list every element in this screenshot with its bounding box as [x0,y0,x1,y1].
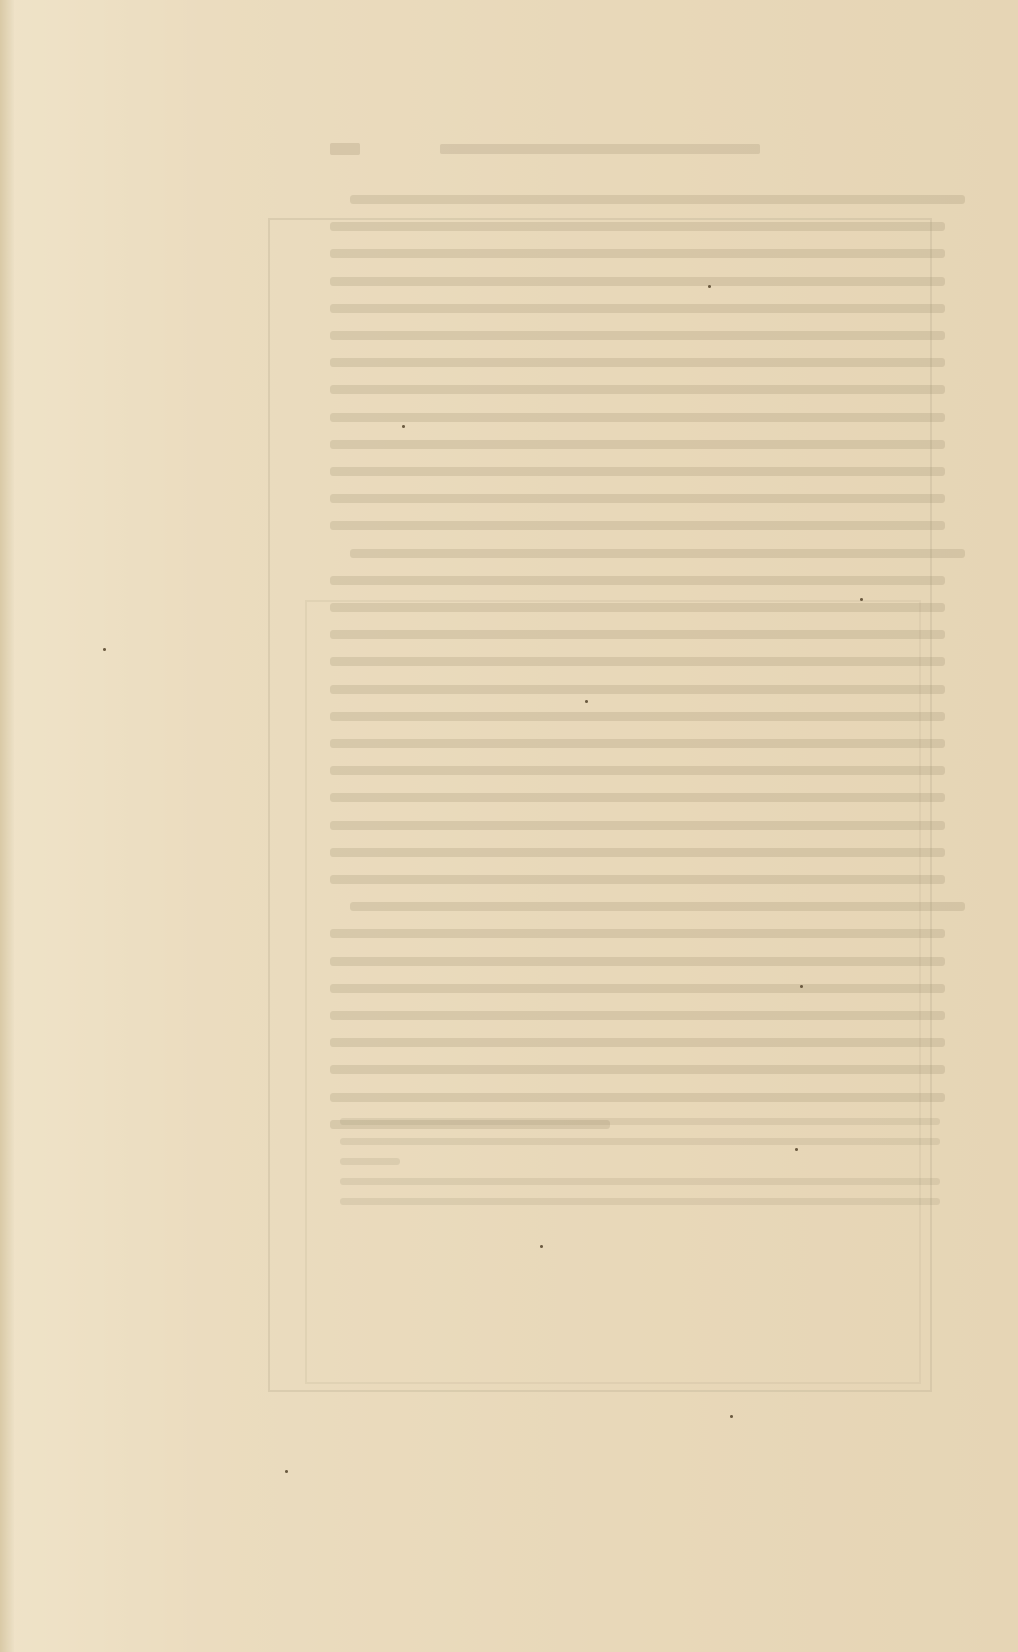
bleed-through-line [330,1093,945,1102]
page-header [330,140,850,158]
bleed-through-line [330,793,945,802]
scan-speck [402,425,405,428]
bleed-through-line [330,494,945,503]
bleed-through-line [330,249,945,258]
bleed-through-line [330,440,945,449]
bleed-through-line [330,1038,945,1047]
bleed-through-line [330,521,945,530]
running-head [440,144,760,154]
bleed-through-line [330,957,945,966]
book-spine-edge [0,0,14,1652]
scan-speck [708,285,711,288]
bleed-through-line [330,358,945,367]
bleed-through-line [330,385,945,394]
bleed-through-line [330,1011,945,1020]
scan-speck [103,648,106,651]
footnote-line [340,1198,940,1205]
bleed-through-line [330,657,945,666]
bleed-through-line [330,821,945,830]
scan-speck [730,1415,733,1418]
bleed-through-line [330,222,945,231]
bleed-through-line [330,766,945,775]
footnote-line [340,1118,940,1125]
scan-speck [860,598,863,601]
bleed-through-line [330,277,945,286]
bleed-through-line [350,902,965,911]
bleed-through-line [330,1065,945,1074]
scan-speck [800,985,803,988]
bleed-through-line [330,467,945,476]
bleed-through-line [330,304,945,313]
scan-speck [585,700,588,703]
footnote-line [340,1158,400,1165]
bleed-through-line [330,413,945,422]
bleed-through-line [330,848,945,857]
bleed-through-line [330,603,945,612]
bleed-through-line [330,929,945,938]
bleed-through-line [330,576,945,585]
bleed-through-line [330,630,945,639]
bleed-through-line [330,984,945,993]
footnote-line [340,1138,940,1145]
bleed-through-line [330,875,945,884]
bleed-through-line [330,685,945,694]
bleed-through-line [330,331,945,340]
scan-speck [540,1245,543,1248]
bleed-through-line [350,195,965,204]
scan-speck [795,1148,798,1151]
page-number [330,143,360,155]
bleed-through-line [350,549,965,558]
bleed-through-line [330,712,945,721]
scan-speck [285,1470,288,1473]
footnote-line [340,1178,940,1185]
bleed-through-line [330,739,945,748]
